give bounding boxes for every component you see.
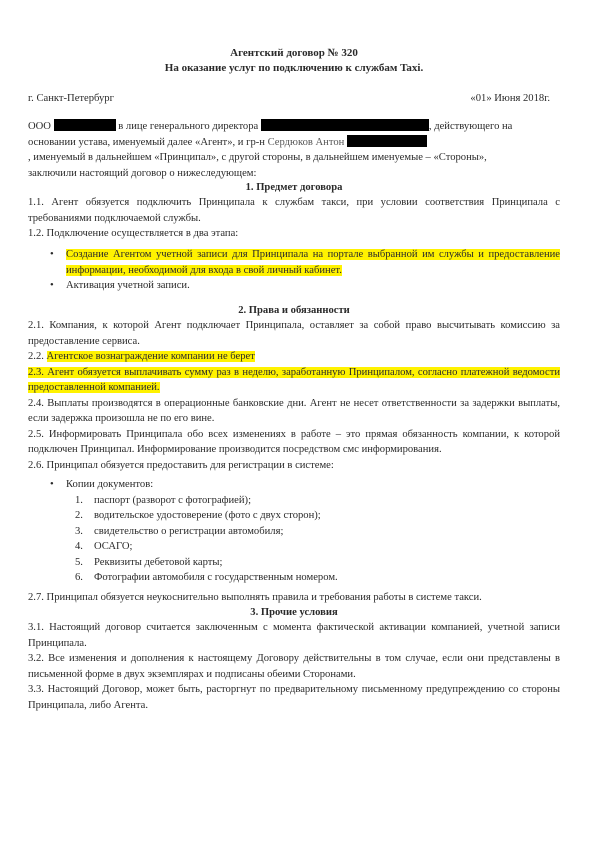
- section-2: 2.1. Компания, к которой Агент подключае…: [28, 318, 560, 473]
- clause-3-1: 3.1. Настоящий договор считается заключе…: [28, 620, 560, 651]
- highlighted-clause-text: Агентское вознаграждение компании не бер…: [47, 351, 255, 362]
- item-number: 3.: [75, 524, 83, 540]
- item-text: Реквизиты дебетовой карты;: [94, 557, 222, 568]
- section-2-heading: 2. Права и обязанности: [28, 303, 560, 319]
- highlighted-clause-text: 2.3. Агент обязуется выплачивать сумму р…: [28, 367, 560, 394]
- document-item: 6.Фотографии автомобиля с государственны…: [28, 570, 560, 586]
- preamble-text: , действующего на: [429, 121, 513, 132]
- clause-2-1: 2.1. Компания, к которой Агент подключае…: [28, 318, 560, 349]
- preamble-line-1: ООО в лице генерального директора , дейс…: [28, 119, 560, 135]
- documents-numbered-list: 1.паспорт (разворот с фотографией); 2.во…: [28, 493, 560, 586]
- document-item: 3.свидетельство о регистрации автомобиля…: [28, 524, 560, 540]
- clause-2-4: 2.4. Выплаты производятся в операционные…: [28, 396, 560, 427]
- item-text: водительское удостоверение (фото с двух …: [94, 510, 321, 521]
- item-number: 4.: [75, 539, 83, 555]
- item-text: Фотографии автомобиля с государственным …: [94, 572, 338, 583]
- stage-text: Активация учетной записи.: [66, 280, 190, 291]
- preamble-line-3: , именуемый в дальнейшем «Принципал», с …: [28, 150, 560, 166]
- clause-2-7: 2.7. Принципал обязуется неукоснительно …: [28, 590, 560, 606]
- document-item: 2.водительское удостоверение (фото с дву…: [28, 508, 560, 524]
- redacted-company-name: [54, 119, 116, 131]
- preamble-text: в лице генерального директора: [118, 121, 258, 132]
- contract-city: г. Санкт-Петербург: [28, 91, 114, 107]
- clause-1-2: 1.2. Подключение осуществляется в два эт…: [28, 226, 560, 242]
- redacted-director-name: [261, 119, 429, 131]
- document-page: Агентский договор № 320 На оказание услу…: [0, 0, 600, 843]
- document-item: 5.Реквизиты дебетовой карты;: [28, 555, 560, 571]
- preamble-line-2: основании устава, именуемый далее «Агент…: [28, 135, 560, 151]
- preamble: ООО в лице генерального директора , дейс…: [28, 119, 560, 181]
- stage-item: Активация учетной записи.: [28, 278, 560, 294]
- clause-3-2: 3.2. Все изменения и дополнения к настоя…: [28, 651, 560, 682]
- preamble-text: ООО: [28, 121, 51, 132]
- clause-1-1: 1.1. Агент обязуется подключить Принципа…: [28, 195, 560, 226]
- copies-label: Копии документов:: [66, 479, 153, 490]
- item-number: 6.: [75, 570, 83, 586]
- contract-title: Агентский договор № 320: [28, 46, 560, 62]
- clause-2-3: 2.3. Агент обязуется выплачивать сумму р…: [28, 365, 560, 396]
- section-1-heading: 1. Предмет договора: [28, 180, 560, 196]
- clause-2-2: 2.2. Агентское вознаграждение компании н…: [28, 349, 560, 365]
- clause-2-5: 2.5. Информировать Принципала обо всех и…: [28, 427, 560, 458]
- item-text: свидетельство о регистрации автомобиля;: [94, 526, 283, 537]
- clause-2-6: 2.6. Принципал обязуется предоставить дл…: [28, 458, 560, 474]
- highlighted-stage-text: Создание Агентом учетной записи для Прин…: [66, 249, 560, 276]
- preamble-text: основании устава, именуемый далее «Агент…: [28, 137, 265, 148]
- contract-date: «01» Июня 2018г.: [470, 91, 550, 107]
- preamble-line-4: заключили настоящий договор о нижеследую…: [28, 166, 560, 182]
- documents-list: Копии документов: 1.паспорт (разворот с …: [28, 477, 560, 586]
- contract-subtitle: На оказание услуг по подключению к служб…: [28, 61, 560, 77]
- stage-item: Создание Агентом учетной записи для Прин…: [28, 247, 560, 278]
- item-number: 5.: [75, 555, 83, 571]
- item-text: ОСАГО;: [94, 541, 132, 552]
- item-text: паспорт (разворот с фотографией);: [94, 495, 251, 506]
- section-1-stages-list: Создание Агентом учетной записи для Прин…: [28, 247, 560, 294]
- clause-number: 2.2.: [28, 351, 44, 362]
- clause-3-3: 3.3. Настоящий Договор, может быть, раст…: [28, 682, 560, 713]
- redacted-principal-surname: [347, 135, 427, 147]
- copies-item: Копии документов:: [28, 477, 560, 493]
- section-1: 1.1. Агент обязуется подключить Принципа…: [28, 195, 560, 242]
- section-3: 3.1. Настоящий договор считается заключе…: [28, 620, 560, 713]
- section-3-heading: 3. Прочие условия: [28, 605, 560, 621]
- item-number: 2.: [75, 508, 83, 524]
- item-number: 1.: [75, 493, 83, 509]
- document-item: 1.паспорт (разворот с фотографией);: [28, 493, 560, 509]
- principal-name: Сердюков Антон: [268, 137, 345, 148]
- document-item: 4.ОСАГО;: [28, 539, 560, 555]
